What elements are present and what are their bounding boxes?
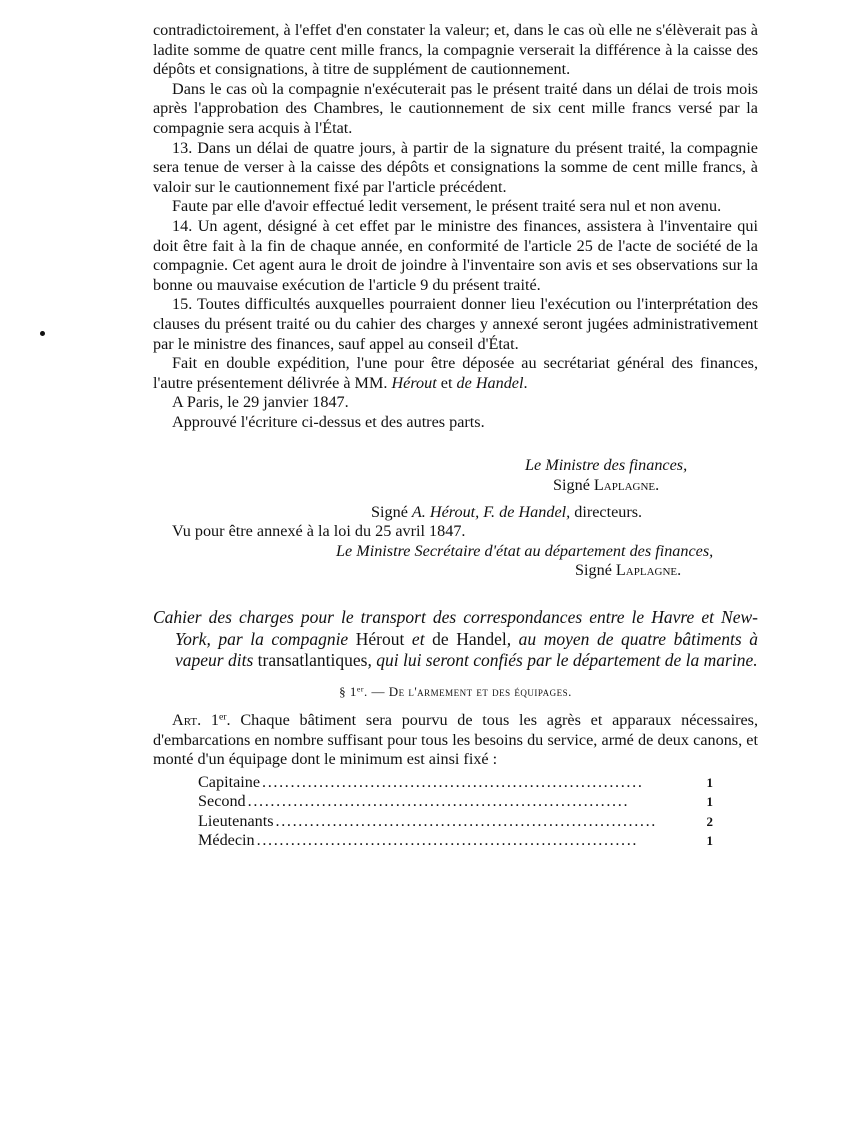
article-text: . Chaque bâtiment sera pourvu de tous le… xyxy=(153,711,758,768)
cahier-text-2: et xyxy=(404,629,432,649)
paragraph-fait-double-expedition: Fait en double expédition, l'une pour êt… xyxy=(153,354,758,393)
paragraph-article-15: 15. Toutes difficultés auxquelles pourra… xyxy=(153,295,758,354)
annex-note: Vu pour être annexé à la loi du 25 avril… xyxy=(172,522,758,542)
article-1: Art. 1er. Chaque bâtiment sera pourvu de… xyxy=(153,711,758,770)
fait-name-handel: de Handel xyxy=(457,374,524,392)
crew-row-capitaine: Capitaine1 xyxy=(198,773,713,792)
dot-leader xyxy=(276,812,671,831)
approval-line: Approuvé l'écriture ci-dessus et des aut… xyxy=(153,413,758,433)
crew-role: Second xyxy=(198,792,246,811)
directors-suffix: directeurs. xyxy=(570,503,642,521)
dot-leader xyxy=(262,773,671,792)
fait-text-middle: et xyxy=(437,374,457,392)
directors-names: A. Hérout, F. de Handel, xyxy=(412,503,570,521)
minister-name: Laplagne. xyxy=(594,476,659,494)
place-date: A Paris, le 29 janvier 1847. xyxy=(153,393,758,413)
secretary-signature: Signé Laplagne. xyxy=(575,561,758,581)
secretary-title: Le Ministre Secrétaire d'état au départe… xyxy=(336,542,758,562)
stray-ink-mark xyxy=(40,331,45,336)
crew-list: Capitaine1 Second1 Lieutenants2 Médecin1 xyxy=(198,773,713,851)
crew-row-medecin: Médecin1 xyxy=(198,831,713,850)
signed-prefix: Signé xyxy=(553,476,594,494)
fait-text-after: . xyxy=(523,374,527,392)
fait-name-herout: Hérout xyxy=(391,374,436,392)
section-symbol: § 1 xyxy=(339,684,357,699)
minister-signature: Signé Laplagne. xyxy=(553,476,758,496)
paragraph-delai-trois-mois: Dans le cas où la compagnie n'exécuterai… xyxy=(153,80,758,139)
signed-prefix: Signé xyxy=(575,561,616,579)
paragraph-article-14: 14. Un agent, désigné à cet effet par le… xyxy=(153,217,758,295)
cahier-text-4: , qui lui seront confiés par le départem… xyxy=(367,650,757,670)
cahier-des-charges-title: Cahier des charges pour le transport des… xyxy=(153,607,758,672)
crew-role: Médecin xyxy=(198,831,255,850)
minister-title: Le Ministre des finances, xyxy=(525,456,758,476)
crew-count: 1 xyxy=(699,792,713,811)
crew-count: 2 xyxy=(699,812,713,831)
cahier-name-handel: de Handel xyxy=(432,629,507,649)
dot-leader xyxy=(257,831,671,850)
directors-signature: Signé A. Hérout, F. de Handel, directeur… xyxy=(371,503,758,523)
section-sup: er xyxy=(357,684,364,693)
cahier-name-herout: Hérout xyxy=(356,629,405,649)
paragraph-article-13: 13. Dans un délai de quatre jours, à par… xyxy=(153,139,758,198)
crew-row-lieutenants: Lieutenants2 xyxy=(198,812,713,831)
document-page: contradictoirement, à l'effet d'en const… xyxy=(153,21,758,851)
dot-leader xyxy=(248,792,671,811)
section-heading: § 1er. — De l'armement et des équipages. xyxy=(153,682,758,702)
crew-row-second: Second1 xyxy=(198,792,713,811)
signed-prefix: Signé xyxy=(371,503,412,521)
section-label: . — De l'armement et des équipages. xyxy=(364,684,572,699)
paragraph-faute-versement: Faute par elle d'avoir effectué ledit ve… xyxy=(153,197,758,217)
article-label: Art. 1 xyxy=(172,711,219,729)
signature-block: Le Ministre des finances, Signé Laplagne… xyxy=(153,456,758,581)
crew-count: 1 xyxy=(699,773,713,792)
secretary-name: Laplagne. xyxy=(616,561,681,579)
crew-role: Capitaine xyxy=(198,773,260,792)
crew-count: 1 xyxy=(699,831,713,850)
article-sup: er xyxy=(219,712,227,723)
paragraph-cautionnement-continued: contradictoirement, à l'effet d'en const… xyxy=(153,21,758,80)
crew-role: Lieutenants xyxy=(198,812,274,831)
cahier-transatlantiques: transatlantiques xyxy=(258,650,368,670)
